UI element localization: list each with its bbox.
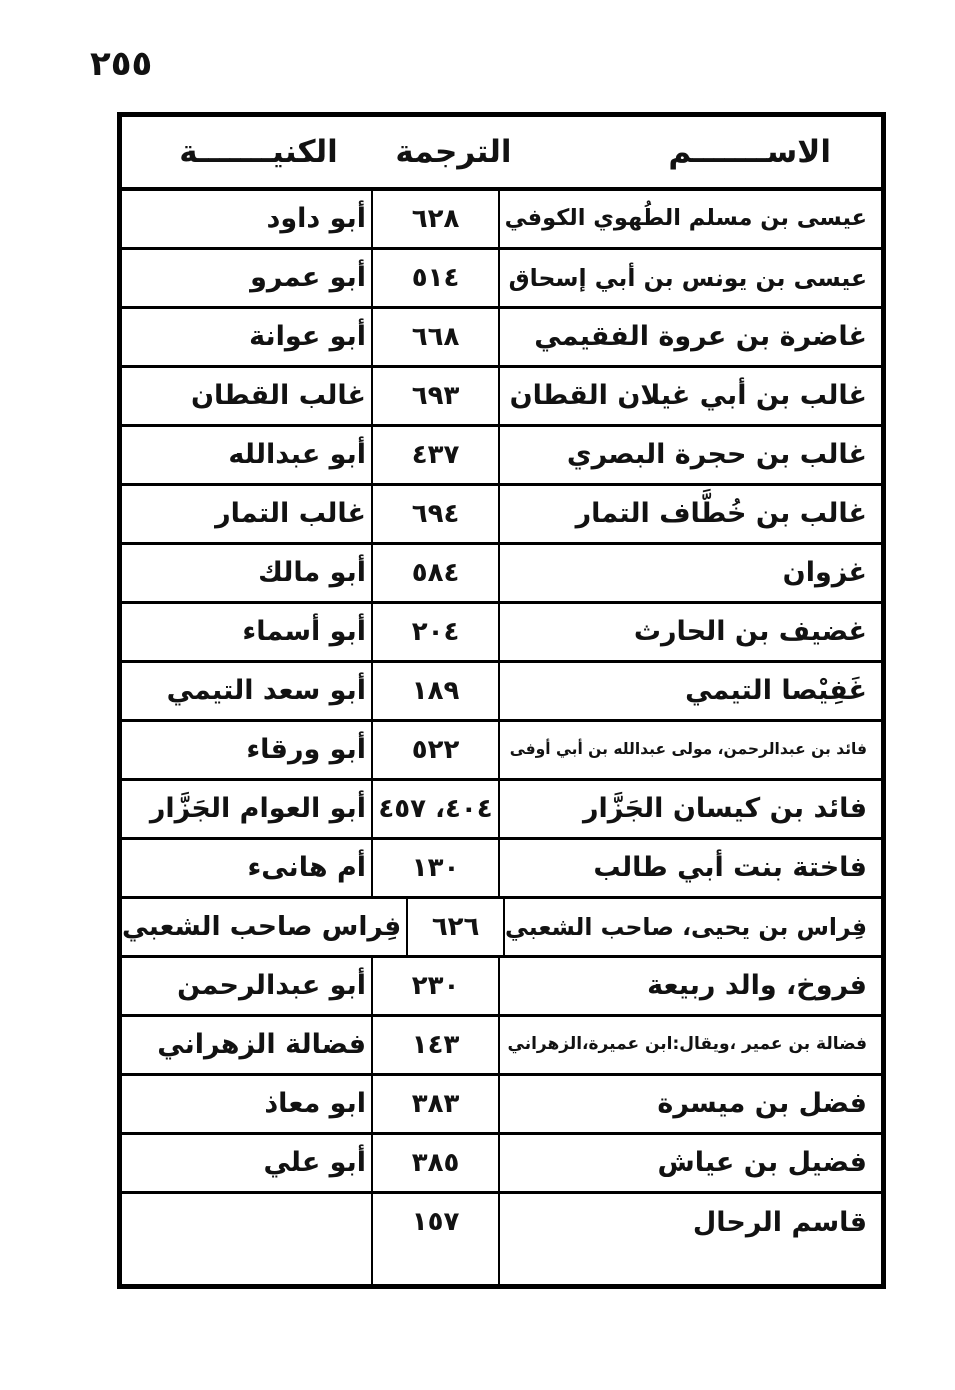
table-row: عيسى بن مسلم الطُهوي الكوفي ٦٢٨ أبو داود <box>122 191 881 250</box>
name-text: فائد بن عبدالرحمن، مولى عبدالله بن أبي أ… <box>510 739 867 761</box>
name-text: عيسى بن مسلم الطُهوي الكوفي <box>505 203 867 235</box>
entry-number-text: ٦٩٤ <box>412 496 460 532</box>
column-header-kunya: الكنيـــــــة <box>134 134 383 170</box>
table-row: فاختة بنت أبي طالب ١٣٠ أم هانىء <box>122 840 881 899</box>
entry-number-cell: ٥٢٢ <box>371 722 500 778</box>
entry-number-text: ٥٢٢ <box>412 732 460 768</box>
entry-number-text: ٦٢٨ <box>412 201 460 237</box>
kunya-text: أبو عوانة <box>249 318 366 356</box>
entry-number-cell: ٦٢٦ <box>406 899 505 955</box>
name-cell: غزوان <box>500 545 881 601</box>
name-cell: قاسم الرحال <box>500 1194 881 1284</box>
entry-number-cell: ٤٣٧ <box>371 427 500 483</box>
entry-number-text: ١٤٣ <box>412 1027 460 1063</box>
name-cell: غضيف بن الحارث <box>500 604 881 660</box>
table-header-row: الاســـــــم الترجمة الكنيـــــــة <box>122 117 881 191</box>
kunya-text: أبو داود <box>267 200 366 238</box>
kunya-text: أبو العوام الجَزَّار <box>150 790 366 828</box>
entry-number-text: ٥٨٤ <box>412 555 460 591</box>
entry-number-cell: ٣٨٥ <box>371 1135 500 1191</box>
entry-number-cell: ١٣٠ <box>371 840 500 896</box>
entry-number-text: ٣٨٣ <box>412 1086 460 1122</box>
name-cell: فائد بن كيسان الجَزَّار <box>500 781 881 837</box>
kunya-text: أبو ورقاء <box>246 731 366 769</box>
kunya-text: أم هانىء <box>247 849 366 887</box>
kunya-text: فضالة الزهراني <box>157 1026 366 1064</box>
table-row: فضل بن ميسرة ٣٨٣ ابو معاذ <box>122 1076 881 1135</box>
entry-number-cell: ٥٨٤ <box>371 545 500 601</box>
entry-number-text: ٢٠٤ <box>412 614 460 650</box>
kunya-cell: غالب التمار <box>122 486 371 542</box>
name-text: غاضرة بن عروة الفقيمي <box>534 318 867 356</box>
name-cell: عيسى بن يونس بن أبي إسحاق <box>500 250 881 306</box>
entry-number-cell: ٦٩٣ <box>371 368 500 424</box>
name-text: فروخ، والد ربيعة <box>647 967 867 1005</box>
table-row: غَفِيْصا التيمي ١٨٩ أبو سعد التيمي <box>122 663 881 722</box>
name-text: غضيف بن الحارث <box>634 613 867 651</box>
table-row: غضيف بن الحارث ٢٠٤ أبو أسماء <box>122 604 881 663</box>
name-cell: فاختة بنت أبي طالب <box>500 840 881 896</box>
entry-number-text: ٤٣٧ <box>412 437 460 473</box>
biographical-index-table: الاســـــــم الترجمة الكنيـــــــة عيسى … <box>117 112 886 1289</box>
entry-number-cell: ٤٠٤، ٤٥٧ <box>371 781 500 837</box>
name-cell: غَفِيْصا التيمي <box>500 663 881 719</box>
entry-number-text: ١٣٠ <box>412 850 460 886</box>
entry-number-cell: ١٤٣ <box>371 1017 500 1073</box>
kunya-text: غالب التمار <box>215 495 366 533</box>
table-row: غاضرة بن عروة الفقيمي ٦٦٨ أبو عوانة <box>122 309 881 368</box>
kunya-text: أبو عبدالله <box>228 436 366 474</box>
kunya-text: ابو معاذ <box>264 1085 366 1123</box>
name-cell: فضل بن ميسرة <box>500 1076 881 1132</box>
table-row: فِراس بن يحيى، صاحب الشعبي ٦٢٦ فِراس صاح… <box>122 899 881 958</box>
name-cell: فائد بن عبدالرحمن، مولى عبدالله بن أبي أ… <box>500 722 881 778</box>
kunya-cell: فضالة الزهراني <box>122 1017 371 1073</box>
kunya-cell: أبو عبدالله <box>122 427 371 483</box>
name-cell: غاضرة بن عروة الفقيمي <box>500 309 881 365</box>
kunya-cell: أم هانىء <box>122 840 371 896</box>
entry-number-cell: ٦٦٨ <box>371 309 500 365</box>
name-text: فائد بن كيسان الجَزَّار <box>583 790 867 828</box>
kunya-cell: أبو عبدالرحمن <box>122 958 371 1014</box>
scanned-book-page: ٢٥٥ الاســـــــم الترجمة الكنيـــــــة ع… <box>0 0 955 1390</box>
kunya-text: أبو علي <box>263 1144 366 1182</box>
kunya-cell: أبو داود <box>122 191 371 247</box>
entry-number-text: ٦٢٦ <box>432 909 480 945</box>
entry-number-text: ٥١٤ <box>412 260 460 296</box>
kunya-cell: أبو أسماء <box>122 604 371 660</box>
name-text: فِراس بن يحيى، صاحب الشعبي <box>505 911 867 944</box>
column-header-name: الاســـــــم <box>500 134 881 170</box>
kunya-cell: ابو معاذ <box>122 1076 371 1132</box>
kunya-cell <box>122 1194 371 1284</box>
name-cell: فضالة بن عمير ،ويقال:ابن عميرة،الزهراني <box>500 1017 881 1073</box>
entry-number-cell: ٢٠٤ <box>371 604 500 660</box>
name-text: غَفِيْصا التيمي <box>685 672 867 710</box>
kunya-text: غالب القطان <box>191 377 366 415</box>
entry-number-cell: ٣٨٣ <box>371 1076 500 1132</box>
entry-number-cell: ١٥٧ <box>371 1194 500 1284</box>
kunya-cell: أبو العوام الجَزَّار <box>122 781 371 837</box>
kunya-cell: غالب القطان <box>122 368 371 424</box>
name-cell: غالب بن خُطَّاف التمار <box>500 486 881 542</box>
table-row: غزوان ٥٨٤ أبو مالك <box>122 545 881 604</box>
name-text: فضل بن ميسرة <box>657 1085 867 1123</box>
entry-number-cell: ٦٢٨ <box>371 191 500 247</box>
entry-number-text: ٦٦٨ <box>412 319 460 355</box>
table-row: غالب بن خُطَّاف التمار ٦٩٤ غالب التمار <box>122 486 881 545</box>
name-text: غالب بن حجرة البصري <box>567 436 867 474</box>
entry-number-text: ٢٣٠ <box>412 968 460 1004</box>
name-text: فضيل بن عياش <box>657 1144 867 1182</box>
name-text: غالب بن أبي غيلان القطان <box>510 377 867 415</box>
table-row: قاسم الرحال ١٥٧ <box>122 1194 881 1284</box>
entry-number-text: ٤٠٤، ٤٥٧ <box>378 791 492 827</box>
kunya-text: أبو سعد التيمي <box>167 672 366 710</box>
column-header-entry-number: الترجمة <box>389 134 518 170</box>
kunya-cell: أبو عوانة <box>122 309 371 365</box>
entry-number-cell: ٦٩٤ <box>371 486 500 542</box>
table-row: فضالة بن عمير ،ويقال:ابن عميرة،الزهراني … <box>122 1017 881 1076</box>
kunya-text: أبو عبدالرحمن <box>177 967 366 1005</box>
kunya-cell: فِراس صاحب الشعبي <box>122 899 406 955</box>
name-text: غزوان <box>783 554 867 592</box>
kunya-text: فِراس صاحب الشعبي <box>122 908 401 945</box>
table-row: فضيل بن عياش ٣٨٥ أبو علي <box>122 1135 881 1194</box>
table-row: فروخ، والد ربيعة ٢٣٠ أبو عبدالرحمن <box>122 958 881 1017</box>
table-row: فائد بن عبدالرحمن، مولى عبدالله بن أبي أ… <box>122 722 881 781</box>
table-row: فائد بن كيسان الجَزَّار ٤٠٤، ٤٥٧ أبو الع… <box>122 781 881 840</box>
name-text: عيسى بن يونس بن أبي إسحاق <box>509 262 867 295</box>
table-row: عيسى بن يونس بن أبي إسحاق ٥١٤ أبو عمرو <box>122 250 881 309</box>
kunya-cell: أبو سعد التيمي <box>122 663 371 719</box>
table-row: غالب بن أبي غيلان القطان ٦٩٣ غالب القطان <box>122 368 881 427</box>
kunya-text: أبو عمرو <box>250 259 366 297</box>
entry-number-text: ١٨٩ <box>412 673 460 709</box>
kunya-cell: أبو مالك <box>122 545 371 601</box>
entry-number-text: ٣٨٥ <box>412 1145 460 1181</box>
name-text: غالب بن خُطَّاف التمار <box>576 495 867 533</box>
name-text: فاختة بنت أبي طالب <box>593 849 867 887</box>
entry-number-text: ١٥٧ <box>412 1204 460 1240</box>
table-row: غالب بن حجرة البصري ٤٣٧ أبو عبدالله <box>122 427 881 486</box>
name-cell: فِراس بن يحيى، صاحب الشعبي <box>505 899 881 955</box>
kunya-text: أبو أسماء <box>242 613 366 651</box>
name-cell: غالب بن أبي غيلان القطان <box>500 368 881 424</box>
kunya-text: أبو مالك <box>258 554 366 592</box>
name-cell: فروخ، والد ربيعة <box>500 958 881 1014</box>
entry-number-text: ٦٩٣ <box>412 378 460 414</box>
entry-number-cell: ٢٣٠ <box>371 958 500 1014</box>
name-text: قاسم الرحال <box>693 1204 867 1242</box>
kunya-cell: أبو علي <box>122 1135 371 1191</box>
table-body: عيسى بن مسلم الطُهوي الكوفي ٦٢٨ أبو داود… <box>122 191 881 1284</box>
name-cell: غالب بن حجرة البصري <box>500 427 881 483</box>
kunya-cell: أبو عمرو <box>122 250 371 306</box>
entry-number-cell: ١٨٩ <box>371 663 500 719</box>
name-cell: فضيل بن عياش <box>500 1135 881 1191</box>
name-cell: عيسى بن مسلم الطُهوي الكوفي <box>500 191 881 247</box>
entry-number-cell: ٥١٤ <box>371 250 500 306</box>
name-text: فضالة بن عمير ،ويقال:ابن عميرة،الزهراني <box>508 1033 868 1057</box>
page-number: ٢٥٥ <box>90 44 152 84</box>
kunya-cell: أبو ورقاء <box>122 722 371 778</box>
